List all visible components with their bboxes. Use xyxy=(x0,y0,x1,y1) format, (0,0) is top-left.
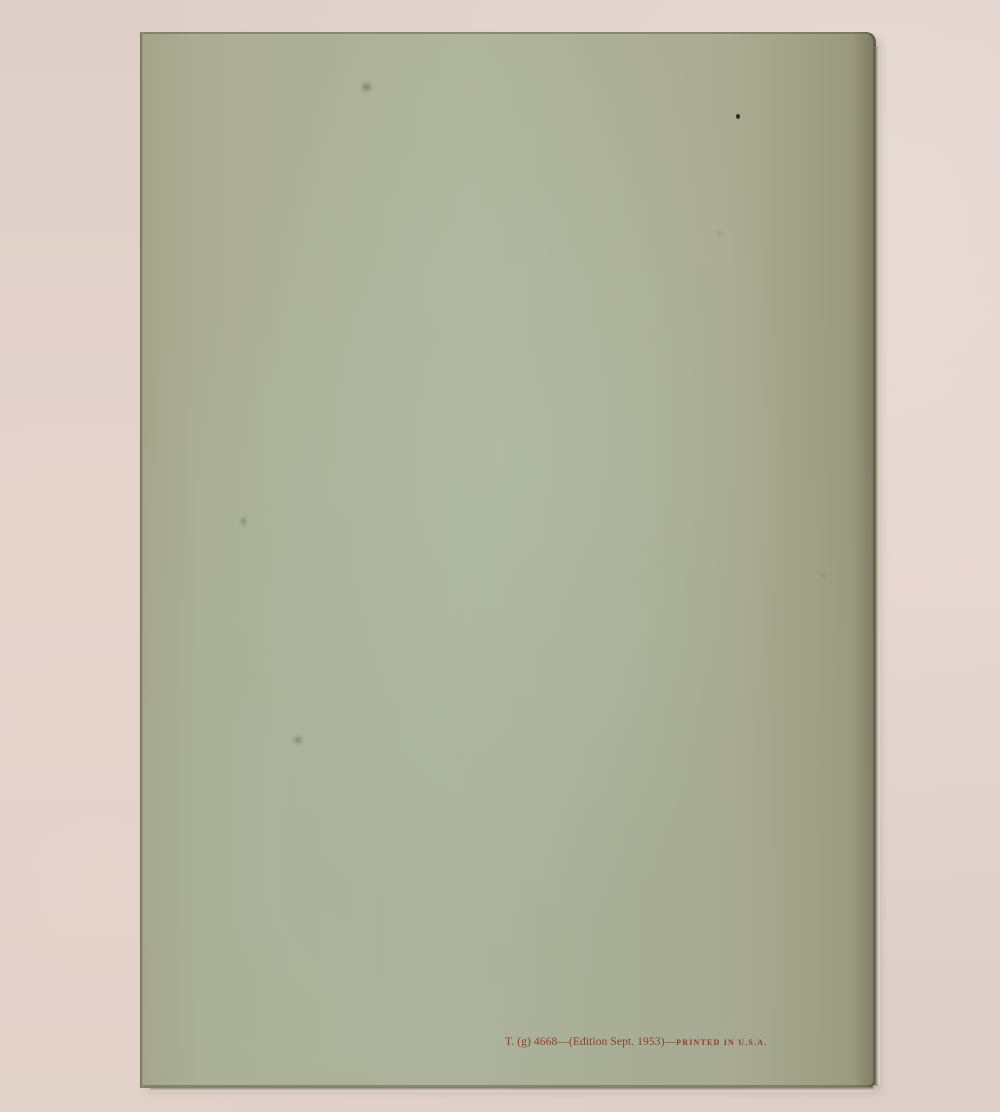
faint-stain xyxy=(294,737,302,743)
publisher-imprint: T. (g) 4668—(Edition Sept. 1953)—Printed… xyxy=(505,1036,767,1048)
faint-stain xyxy=(241,518,246,525)
booklet-back-cover: T. (g) 4668—(Edition Sept. 1953)—Printed… xyxy=(140,32,876,1088)
imprint-dash: — xyxy=(557,1036,569,1048)
faint-stain xyxy=(822,574,825,577)
page-block-bottom-edge xyxy=(150,1087,874,1092)
faint-stain xyxy=(718,232,721,235)
ink-speck xyxy=(736,114,740,119)
binding-edge xyxy=(140,32,143,1088)
imprint-dash: — xyxy=(665,1036,677,1048)
imprint-code: T. (g) 4668 xyxy=(505,1036,557,1048)
imprint-printed-in: Printed in U.S.A. xyxy=(676,1038,767,1047)
page-block-right-edge xyxy=(875,46,880,1086)
imprint-edition: (Edition Sept. 1953) xyxy=(569,1036,665,1048)
right-edge-shading xyxy=(854,32,876,1088)
faint-stain xyxy=(362,83,371,91)
